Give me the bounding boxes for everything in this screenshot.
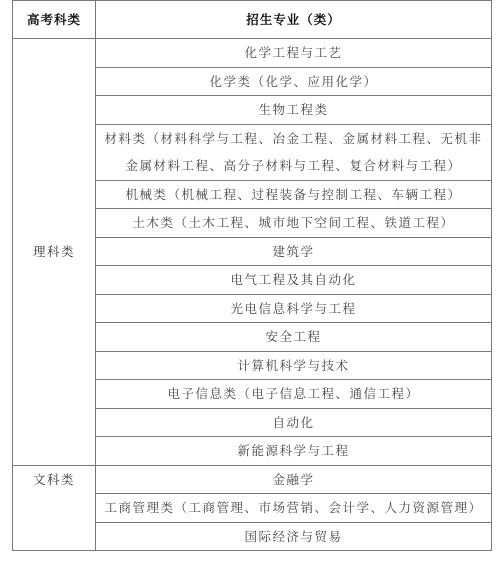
major-cell: 生物工程类	[96, 96, 492, 125]
header-major: 招生专业（类）	[96, 1, 492, 39]
header-exam-category: 高考科类	[13, 1, 96, 39]
table-row: 理科类 化学工程与工艺	[13, 39, 492, 68]
majors-table: 高考科类 招生专业（类） 理科类 化学工程与工艺 化学类（化学、应用化学） 生物…	[12, 0, 492, 551]
major-cell: 国际经济与贸易	[96, 522, 492, 551]
major-cell: 化学工程与工艺	[96, 39, 492, 68]
major-cell: 土木类（土木工程、城市地下空间工程、铁道工程）	[96, 209, 492, 238]
category-science: 理科类	[13, 39, 96, 466]
major-cell: 计算机科学与技术	[96, 351, 492, 380]
category-liberal-arts: 文科类	[13, 465, 96, 551]
major-cell: 电子信息类（电子信息工程、通信工程）	[96, 380, 492, 409]
major-cell: 机械类（机械工程、过程装备与控制工程、车辆工程）	[96, 180, 492, 209]
major-cell: 化学类（化学、应用化学）	[96, 67, 492, 96]
major-cell: 金融学	[96, 465, 492, 494]
major-cell: 自动化	[96, 408, 492, 437]
major-cell: 材料类（材料科学与工程、冶金工程、金属材料工程、无机非金属材料工程、高分子材料与…	[96, 124, 492, 180]
table-row: 文科类 金融学	[13, 465, 492, 494]
major-cell: 新能源科学与工程	[96, 437, 492, 466]
major-cell: 建筑学	[96, 237, 492, 266]
header-row: 高考科类 招生专业（类）	[13, 1, 492, 39]
major-cell: 工商管理类（工商管理、市场营销、会计学、人力资源管理）	[96, 494, 492, 523]
major-cell: 光电信息科学与工程	[96, 294, 492, 323]
major-cell: 安全工程	[96, 323, 492, 352]
major-cell: 电气工程及其自动化	[96, 266, 492, 295]
